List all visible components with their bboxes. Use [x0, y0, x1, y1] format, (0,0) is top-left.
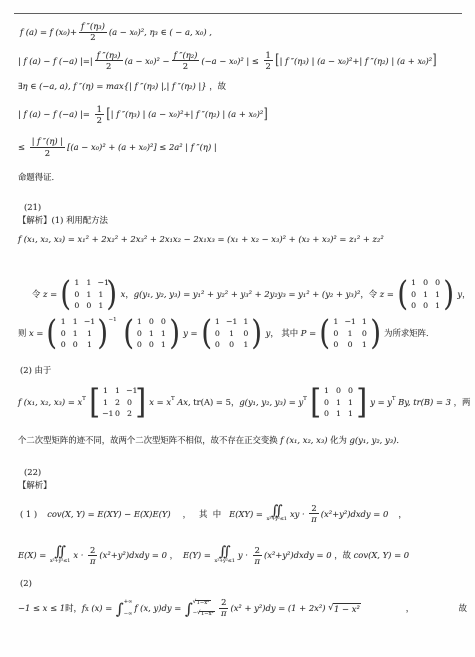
matrix-cell: 0 [136, 339, 143, 351]
matrix-cell: 1 [361, 339, 368, 351]
formula-covariance: ( 1 )cov(X, Y) = E(XY) − E(X)E(Y)，其 中E(X… [20, 504, 467, 525]
matrix-cell: 1 [226, 328, 238, 340]
matrix-cell: −1 [97, 277, 104, 289]
matrix-delimiter: ) [169, 318, 180, 349]
math-text: z = [380, 289, 394, 300]
matrix-cell: 2 [114, 397, 121, 409]
text: 化为 [330, 435, 347, 446]
math-text: y = y [370, 397, 392, 408]
math-text: (x²+y²)dxdy = 0 [264, 550, 332, 561]
text: ， [406, 603, 414, 614]
matrix-cell: 0 [73, 289, 80, 301]
text: (22) [24, 467, 41, 478]
matrix-cell: 0 [148, 316, 155, 328]
matrix-cell: 1 [85, 277, 92, 289]
text: ，故 [207, 81, 226, 92]
fraction: f ″(η₂)2 [172, 51, 200, 72]
text: −∞ [124, 611, 133, 617]
formula-solve-x-matrix-p: 则 x =(11−1011001)−1(100011001)y =(1−1101… [18, 316, 467, 351]
document-content: f (a) = f (x₀)+f ″(η₃)2(a − x₀)², η₃ ∈ (… [18, 14, 467, 619]
text: 故 [459, 603, 467, 614]
formula-quadratic-form-f: f (x₁, x₂, x₃) = x₁² + 2x₂² + 2x₃² + 2x₁… [18, 234, 467, 245]
matrix-cell: 1 [102, 397, 109, 409]
integral-lower-limit: −√1−x² [193, 611, 215, 617]
text: 时， [65, 603, 82, 614]
matrix-grid: 11−1120−102 [101, 385, 134, 420]
text: 【解析】 [18, 480, 52, 491]
math-text: π [255, 556, 261, 566]
formula-substitution-z: 令 z =(11−1011001)x，g(y₁, y₂, y₃) = y₁² +… [32, 277, 467, 312]
text: (2) 由于 [20, 365, 51, 376]
formula-difference-bound: | f (a) − f (−a) |=|f ″(η₃)2(a − x₀)² −f… [18, 51, 467, 72]
matrix-cell: 1 [335, 397, 342, 409]
integral: ∫+∞−∞ [116, 600, 133, 618]
matrix-delimiter: ( [201, 318, 212, 349]
text: ， [125, 289, 133, 300]
superscript: T [303, 396, 306, 403]
fraction-numerator: 1 [264, 51, 273, 62]
fraction-numerator: | f ″(η) | [30, 137, 65, 148]
spacer [388, 514, 398, 515]
text: 2 [90, 32, 95, 42]
matrix-cell: 0 [60, 339, 67, 351]
matrix: [100011011] [309, 385, 369, 420]
text: 2 [90, 545, 95, 555]
spacer [171, 514, 183, 515]
math-text: f (x₁, x₂, x₃) = x [18, 397, 82, 408]
matrix-cell: 1 [361, 316, 368, 328]
matrix-cell: 1 [84, 328, 96, 340]
matrix-cell: 1 [148, 328, 155, 340]
integral-region: x²+y²≤1 [50, 559, 70, 564]
fraction-numerator: 2 [219, 598, 228, 609]
big-delimiter: ] [433, 52, 437, 70]
spacer [361, 608, 405, 609]
math-text: f (x₁, x₂, x₃) = x₁² + 2x₂² + 2x₃² + 2x₁… [18, 234, 384, 245]
double-integral-sign: ∫∫ [54, 547, 66, 559]
matrix-cell: 1 [323, 385, 330, 397]
math-text: (x²+y²)dxdy = 0 [99, 550, 167, 561]
matrix-grid: 11−1011001 [59, 316, 97, 351]
matrix-cell: 0 [344, 339, 356, 351]
matrix-cell: 0 [242, 328, 249, 340]
text: 令 [369, 289, 380, 300]
matrix-cell: −1 [226, 316, 238, 328]
math-text: (a − x₀)², η₃ ∈ ( − a, x₀) , [109, 27, 212, 38]
matrix-cell: 1 [85, 289, 92, 301]
math-text: [(a − x₀)² + (a + x₀)²] ≤ 2a² | f ″(η) | [67, 142, 217, 153]
fraction-denominator: π [221, 609, 227, 619]
matrix-delimiter: ( [60, 279, 71, 310]
spacer [37, 514, 47, 515]
text: 【解析】(1) 利用配方法 [18, 215, 108, 226]
matrix-cell: 1 [60, 316, 67, 328]
matrix-cell: 0 [422, 277, 429, 289]
text: 则 [18, 328, 29, 339]
text: +∞ [124, 599, 133, 605]
matrix-cell: 0 [422, 300, 429, 312]
integral-region: x²+y²≤1 [267, 517, 287, 522]
matrix-cell: 0 [226, 339, 238, 351]
heading-problem-21: (21) [24, 202, 467, 213]
matrix-cell: 1 [114, 385, 121, 397]
matrix-cell: 1 [434, 289, 441, 301]
matrix-cell: 1 [422, 289, 429, 301]
math-text: xy · [290, 509, 307, 520]
math-text: z = [43, 289, 57, 300]
math-text: P = [301, 328, 316, 339]
math-text: −1 ≤ x ≤ 1 [18, 603, 65, 614]
matrix-grid: 100011011 [322, 385, 355, 420]
matrix-delimiter: ( [123, 318, 134, 349]
matrix-delimiter: ) [443, 279, 454, 310]
radical: √1−x² [193, 600, 211, 606]
text: tr(A) = 5 [191, 397, 231, 408]
fraction-numerator: f ″(η₂) [172, 51, 200, 62]
formula-final-bound: ≤ | f ″(η) |2[(a − x₀)² + (a + x₀)²] ≤ 2… [18, 137, 467, 158]
radical: √1 − x² [328, 603, 361, 615]
text: 2 [266, 61, 271, 71]
fraction-numerator: 2 [88, 546, 97, 557]
matrix-delimiter: [ [310, 387, 321, 418]
superscript: T [171, 396, 174, 403]
matrix-cell: 0 [332, 339, 339, 351]
superscript: T [392, 396, 395, 403]
matrix-cell: 1 [72, 328, 79, 340]
math-text: g(y₁, y₂, y₃) [347, 435, 396, 446]
text: ， [462, 289, 470, 300]
math-text: (a − x₀)² − [125, 56, 170, 67]
math-text: cov(X, Y) = 0 [354, 550, 409, 561]
matrix-cell: 0 [434, 277, 441, 289]
matrix-cell: 0 [347, 385, 354, 397]
text: 2 [97, 115, 102, 125]
matrix-delimiter: ) [98, 318, 109, 349]
math-text: f ″(η₃) [81, 21, 105, 31]
integral: ∫√1−x²−√1−x² [185, 600, 215, 618]
radical-content: 1−x² [199, 611, 215, 617]
matrix-cell: 0 [114, 408, 121, 420]
text: 2 [106, 61, 111, 71]
matrix: (11−1011001) [59, 277, 119, 312]
superscript: T [82, 396, 85, 403]
text: 2 [45, 148, 50, 158]
big-delimiter: [ [275, 52, 279, 70]
text: 2 [221, 597, 226, 607]
math-text: π [311, 514, 317, 524]
math-text: f (a) = f (x₀)+ [20, 27, 77, 38]
integral-upper-limit: +∞ [124, 600, 133, 605]
fraction: 2π [219, 598, 228, 619]
matrix-cell: 1 [344, 328, 356, 340]
heading-problem-22: (22) [24, 467, 467, 478]
matrix-cell: 1 [73, 277, 80, 289]
integral-upper-limit: √1−x² [193, 600, 215, 606]
math-text: π [90, 556, 96, 566]
math-text: cov(X, Y) = E(XY) − E(X)E(Y) [47, 509, 170, 520]
math-text: E(Y) = [183, 550, 214, 561]
matrix-cell: 0 [60, 328, 67, 340]
math-text: ≤ [18, 142, 28, 153]
matrix: (11−1011001)−1 [45, 316, 117, 351]
math-text: | f ″(η₃) | (a − x₀)²+| f ″(η₂) | (a + x… [280, 56, 433, 67]
text: 其 中 [199, 509, 221, 520]
matrix-cell: 0 [126, 397, 133, 409]
matrix-cell: 0 [335, 385, 342, 397]
text: ． [396, 435, 404, 446]
math-text: E(X) = [18, 550, 49, 561]
matrix-cell: 1 [242, 316, 249, 328]
text: 个二次型矩阵的迹不同，故两个二次型矩阵不相似，故不存在正交变换 [18, 435, 278, 446]
fraction-denominator: π [90, 556, 96, 566]
fraction-denominator: 2 [183, 61, 188, 71]
matrix-delimiter: ( [47, 318, 58, 349]
matrix-cell: 0 [323, 408, 330, 420]
matrix: (1−11010001) [318, 316, 382, 351]
integral-limits: +∞−∞ [124, 600, 133, 618]
math-text: x · [73, 550, 86, 561]
math-text: (x) = [89, 603, 115, 614]
matrix-cell: 0 [332, 328, 339, 340]
math-text: π [221, 608, 227, 618]
fraction: f ″(η₃)2 [95, 51, 123, 72]
integral-lower-limit: −∞ [124, 612, 133, 617]
fraction-denominator: 2 [106, 61, 111, 71]
fraction: 2π [309, 504, 318, 525]
text: 2 [255, 545, 260, 555]
math-text: | f (a) − f (−a) |=| [18, 56, 93, 67]
matrix-cell: 0 [85, 300, 92, 312]
matrix-cell: 0 [214, 339, 221, 351]
matrix-cell: 1 [84, 339, 96, 351]
matrix-cell: 1 [332, 316, 339, 328]
matrix: (1−11010001) [200, 316, 264, 351]
matrix-exponent: −1 [108, 317, 116, 324]
math-text: g(y₁, y₂, y₃) = y₁² + y₂² + y₃² + 2y₂y₃ … [134, 289, 361, 300]
math-text: | f (a) − f (−a) |= [18, 109, 93, 120]
matrix-cell: 0 [136, 328, 143, 340]
matrix-cell: 1 [72, 316, 79, 328]
matrix-delimiter: ) [252, 318, 263, 349]
matrix: [11−1120−102] [88, 385, 148, 420]
fraction-numerator: f ″(η₃) [95, 51, 123, 62]
radical: √1−x² [197, 611, 215, 617]
fraction: | f ″(η) |2 [30, 137, 65, 158]
matrix-cell: 0 [214, 328, 221, 340]
matrix: (100011001) [396, 277, 456, 312]
math-text: f (x, y)dy = [134, 603, 184, 614]
matrix-cell: 0 [160, 316, 167, 328]
matrix-delimiter: ] [356, 387, 367, 418]
matrix-cell: 1 [160, 328, 167, 340]
fraction: 12 [95, 105, 104, 126]
text: ， [360, 289, 368, 300]
text: ， [398, 509, 406, 520]
math-text: f (x₁, x₂, x₃) [278, 435, 331, 446]
formula-exists-eta: ∃η ∈ (−a, a), f ″(η) = max{| f ″(η₃) |,|… [18, 81, 467, 92]
big-delimiter: ] [264, 106, 268, 124]
matrix-grid: 100011001 [409, 277, 442, 312]
math-text: f ″(η₂) [174, 50, 198, 60]
matrix-cell: 1 [136, 316, 143, 328]
matrix-delimiter: ( [319, 318, 330, 349]
text: ， [167, 550, 178, 561]
formula-taylor-at-a: f (a) = f (x₀)+f ″(η₃)2(a − x₀)², η₃ ∈ (… [20, 22, 467, 43]
matrix-cell: 1 [410, 277, 417, 289]
matrix-cell: 1 [97, 289, 104, 301]
matrix-cell: 0 [323, 397, 330, 409]
math-text: 1 − x² [334, 604, 360, 614]
matrix-cell: 1 [160, 339, 167, 351]
matrix-cell: 1 [242, 339, 249, 351]
heading-part-2-21: (2) 由于 [20, 365, 467, 376]
double-integral-sign: ∫∫ [219, 547, 231, 559]
matrix-grid: 100011001 [135, 316, 168, 351]
fraction-numerator: 2 [253, 546, 262, 557]
text: 1 [266, 50, 271, 60]
integral-sign: ∫ [185, 603, 193, 615]
text: 1−x² [201, 611, 214, 617]
fraction-denominator: 2 [45, 148, 50, 158]
matrix-cell: 0 [148, 339, 155, 351]
matrix-delimiter: ] [135, 387, 146, 418]
matrix-cell: 1 [434, 300, 441, 312]
fraction-denominator: π [255, 556, 261, 566]
text-qed: 命题得证． [18, 172, 467, 183]
integral-sign: ∫ [116, 603, 124, 615]
math-text: x = x [149, 397, 171, 408]
matrix-delimiter: [ [89, 387, 100, 418]
text: ，两 [451, 397, 470, 408]
fraction: f ″(η₃)2 [79, 22, 107, 43]
text: ， [183, 509, 191, 520]
text: (2) [20, 578, 32, 589]
text: 1 [97, 104, 102, 114]
matrix-cell: 1 [102, 385, 109, 397]
matrix-grid: 1−11010001 [213, 316, 251, 351]
double-integral-sign: ∫∫ [271, 506, 283, 518]
double-integral: ∫∫x²+y²≤1 [50, 547, 70, 564]
text-conclusion-21: 个二次型矩阵的迹不同，故两个二次型矩阵不相似，故不存在正交变换 f (x₁, x… [18, 435, 467, 446]
text: 命题得证． [18, 172, 60, 183]
big-delimiter: [ [106, 106, 110, 124]
formula-expectations: E(X) = ∫∫x²+y²≤1x · 2π(x²+y²)dxdy = 0 ，E… [18, 546, 467, 567]
fraction: 2π [253, 546, 262, 567]
fraction-denominator: π [311, 514, 317, 524]
math-text: | f ″(η) | [32, 136, 63, 146]
math-text: (x²+y²)dxdy = 0 [321, 509, 389, 520]
matrix-cell: 0 [410, 289, 417, 301]
text: ，故 [332, 550, 354, 561]
matrix-grid: 1−11010001 [331, 316, 369, 351]
math-text: g(y₁, y₂, y₃) = y [239, 397, 303, 408]
math-text: (−a − x₀)² | ≤ [201, 56, 261, 67]
fraction: 2π [88, 546, 97, 567]
matrix-cell: 1 [335, 408, 342, 420]
double-integral: ∫∫x²+y²≤1 [267, 506, 287, 523]
fraction-denominator: 2 [266, 61, 271, 71]
fraction-denominator: 2 [90, 33, 95, 43]
matrix-cell: 0 [361, 328, 368, 340]
matrix-cell: −1 [102, 408, 109, 420]
text: 2 [183, 61, 188, 71]
matrix-delimiter: ( [397, 279, 408, 310]
text: 令 [32, 289, 43, 300]
spacer [414, 608, 458, 609]
math-text: y · [238, 550, 251, 561]
matrix-cell: 2 [126, 408, 133, 420]
fraction-numerator: 2 [309, 504, 318, 515]
fraction-numerator: 1 [95, 105, 104, 116]
math-text: ∃η ∈ (−a, a), f ″(η) = max{| f ″(η₃) |,|… [18, 81, 207, 92]
matrix-delimiter: ) [370, 318, 381, 349]
fraction-numerator: f ″(η₃) [79, 22, 107, 33]
matrix-cell: 1 [347, 408, 354, 420]
matrix-cell: 0 [72, 339, 79, 351]
math-text: y = [183, 328, 197, 339]
document-page: f (a) = f (x₀)+f ″(η₃)2(a − x₀)², η₃ ∈ (… [0, 0, 475, 657]
heading-analysis-21: 【解析】(1) 利用配方法 [18, 215, 467, 226]
matrix-cell: 1 [97, 300, 104, 312]
formula-marginal-density: −1 ≤ x ≤ 1时，fX (x) = ∫+∞−∞f (x, y)dy = ∫… [18, 598, 467, 619]
math-text: | f ″(η₃) | (a − x₀)²+| f ″(η₂) | (a + x… [111, 109, 264, 120]
math-text: By, tr(B) = 3 [395, 397, 451, 408]
spacer [221, 514, 229, 515]
math-text: Ax, [175, 397, 191, 408]
radical-content: 1 − x² [333, 603, 362, 615]
math-text: (x² + y²)dy = (1 + 2x²) [230, 603, 328, 614]
radical-content: 1−x² [195, 600, 211, 606]
matrix-cell: 0 [410, 300, 417, 312]
text: ， 其中 [270, 328, 300, 339]
math-text: f ″(η₃) [97, 50, 121, 60]
formula-traces: f (x₁, x₂, x₃) = xT[11−1120−102]x = xT A… [18, 385, 467, 420]
text: 2 [311, 503, 316, 513]
double-integral: ∫∫x²+y²≤1 [215, 547, 235, 564]
heading-part-2-22: (2) [20, 578, 467, 589]
math-text: x = [29, 328, 43, 339]
matrix-cell: −1 [84, 316, 96, 328]
text: 1−x² [197, 600, 210, 606]
matrix-cell: 0 [73, 300, 80, 312]
matrix-delimiter: ) [107, 279, 118, 310]
heading-analysis-22: 【解析】 [18, 480, 467, 491]
matrix-cell: −1 [126, 385, 133, 397]
integral-limits: √1−x²−√1−x² [193, 600, 215, 618]
subscript: X [85, 607, 89, 614]
text: (21) [24, 202, 41, 213]
matrix: (100011001) [122, 316, 182, 351]
matrix-cell: −1 [344, 316, 356, 328]
text: ( 1 ) [20, 509, 37, 520]
text: 为所求矩阵． [384, 328, 434, 339]
formula-half-bracket: | f (a) − f (−a) |= 12[| f ″(η₃) | (a − … [18, 105, 467, 126]
matrix-cell: 1 [347, 397, 354, 409]
matrix-grid: 11−1011001 [72, 277, 105, 312]
fraction: 12 [264, 51, 273, 72]
spacer [191, 514, 199, 515]
matrix-cell: 1 [214, 316, 221, 328]
integral-region: x²+y²≤1 [215, 559, 235, 564]
fraction-denominator: 2 [97, 115, 102, 125]
math-text: E(XY) = [229, 509, 265, 520]
